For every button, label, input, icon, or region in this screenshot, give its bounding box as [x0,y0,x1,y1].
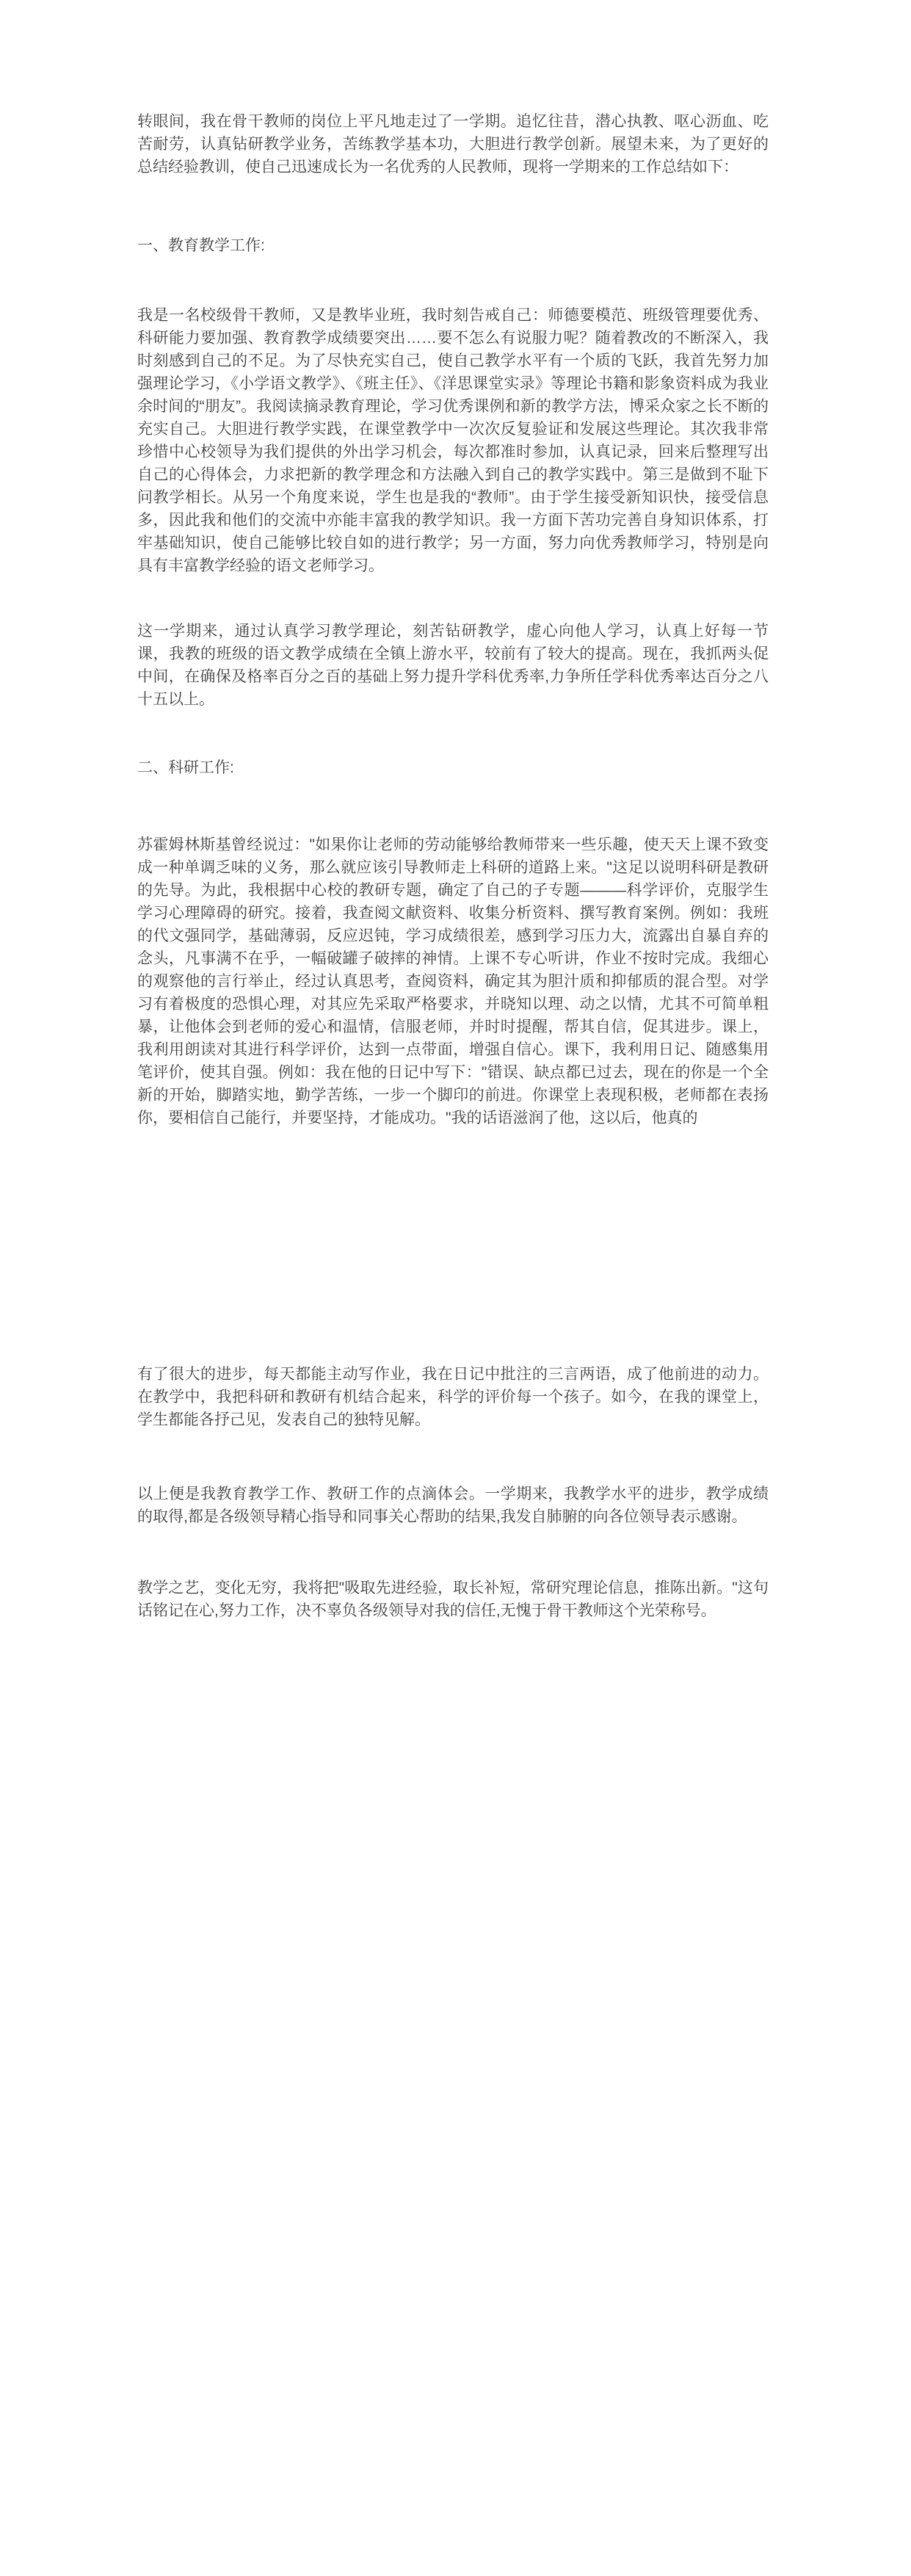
section-2-paragraph-2-after-pagebreak: 有了很大的进步，每天都能主动写作业，我在日记中批注的三言两语，成了他前进的动力。… [137,1363,769,1431]
document-page: 转眼间，我在骨干教师的岗位上平凡地走过了一学期。追忆往昔，潜心执教、呕心沥血、吃… [0,0,911,2576]
section-1-paragraph-1: 我是一名校级骨干教师，又是教毕业班，我时刻告戒自己：师德要模范、班级管理要优秀、… [137,304,769,577]
section-2-paragraph-3: 以上便是我教育教学工作、教研工作的点滴体会。一学期来，我教学水平的进步，教学成绩… [137,1483,769,1528]
section-1-paragraph-2: 这一学期来，通过认真学习教学理论，刻苦钻研教学，虚心向他人学习，认真上好每一节课… [137,620,769,711]
section-2-paragraph-1: 苏霍姆林斯基曾经说过："如果你让老师的劳动能够给教师带来一些乐趣，使天天上课不致… [137,833,769,1129]
document-body: 转眼间，我在骨干教师的岗位上平凡地走过了一学期。追忆往昔，潜心执教、呕心沥血、吃… [137,110,769,1622]
closing-paragraph: 教学之艺，变化无穷，我将把"吸取先进经验，取长补短，常研究理论信息，推陈出新。"… [137,1577,769,1622]
section-1-heading: 一、教育教学工作: [137,234,769,257]
section-2-heading: 二、科研工作: [137,756,769,779]
intro-paragraph: 转眼间，我在骨干教师的岗位上平凡地走过了一学期。追忆往昔，潜心执教、呕心沥血、吃… [137,110,769,178]
